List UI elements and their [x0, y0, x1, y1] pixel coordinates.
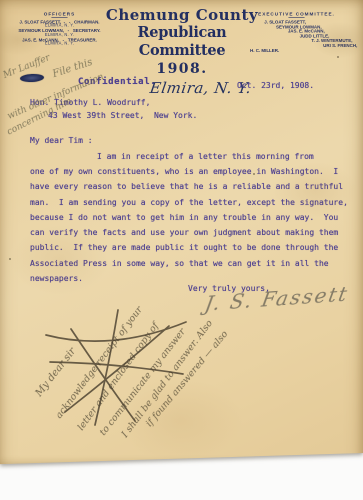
ink-speck [337, 56, 339, 58]
body-line: Associated Press in some way, so that we… [30, 259, 329, 269]
body-line: public. If they are made public it ought… [30, 243, 338, 253]
letter-date: Oct. 23rd, 1908. [237, 81, 314, 91]
body-line: can verify the facts and use your own ju… [30, 228, 338, 238]
masthead-line2: Republican Committee [92, 24, 272, 60]
body-line: man. I am sending you a copy of the lett… [30, 198, 348, 208]
body-line: I am in receipt of a letter this morning… [97, 152, 314, 162]
ink-speck [253, 173, 255, 175]
salutation: My dear Tim : [30, 136, 93, 146]
officers-rule [51, 17, 67, 18]
paper-shadow: OFFICERS J. SLOAT FASSETT, - - CHAIRMAN.… [0, 0, 363, 500]
body-line: because I do not want to get him in any … [30, 213, 338, 223]
letterhead-executive-committee: EXECUTIVE COMMITTEE. J. SLOAT FASSETT, S… [250, 11, 363, 53]
body-line: have every reason to believe that he is … [30, 182, 343, 192]
ink-speck [9, 258, 11, 260]
masthead-line3: 1908. [92, 60, 272, 78]
scanned-letter-page: OFFICERS J. SLOAT FASSETT, - - CHAIRMAN.… [0, 0, 363, 500]
printers-union-mark-icon [20, 73, 44, 82]
committee-masthead: Chemung County Republican Committee 1908… [92, 6, 272, 78]
body-line: newspapers. [30, 274, 83, 284]
body-line: one of my own constituents, who is an em… [30, 167, 338, 177]
masthead-line1: Chemung County [92, 6, 272, 24]
committee-member: H. C. MILLER. [250, 48, 363, 53]
executive-committee-title: EXECUTIVE COMMITTEE. [250, 11, 343, 17]
recipient-address: 43 West 39th Street, New York. [48, 111, 197, 121]
crossed-out-draft-line: I shall be glad to answer. Also [120, 318, 216, 440]
aged-letter-paper: OFFICERS J. SLOAT FASSETT, - - CHAIRMAN.… [0, 0, 363, 466]
executive-committee-rule [288, 17, 304, 18]
